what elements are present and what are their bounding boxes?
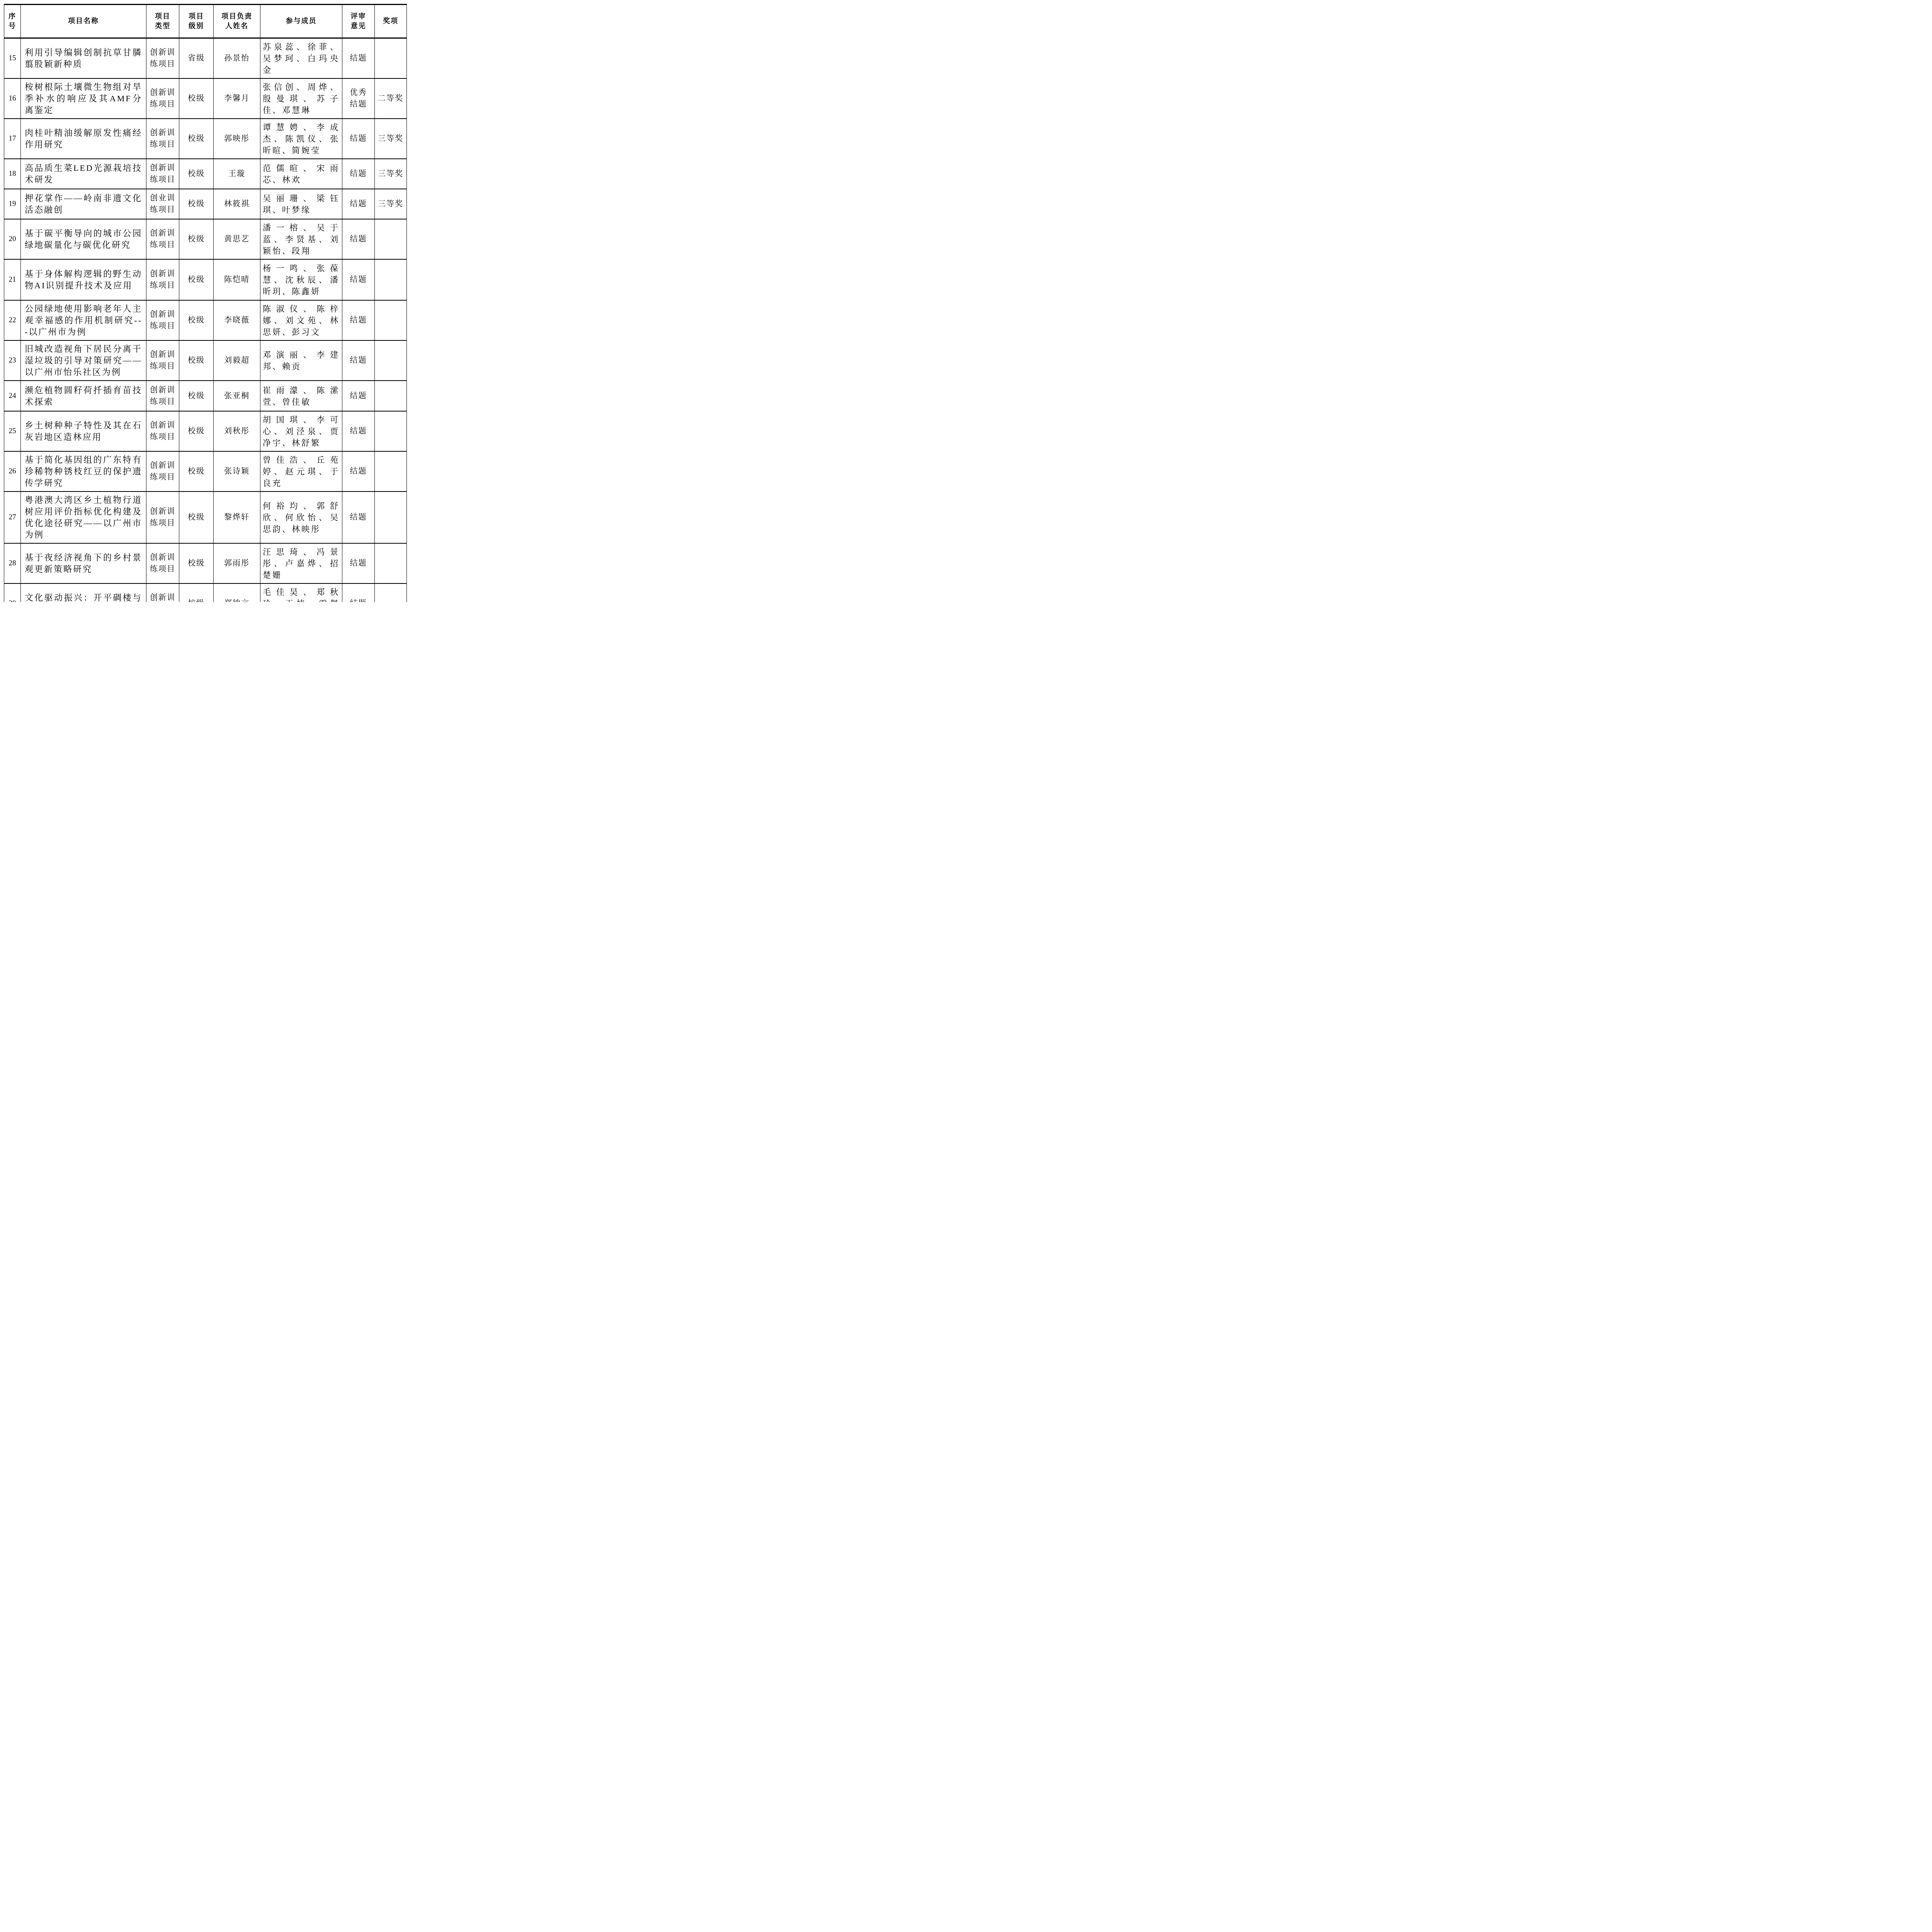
col-header-award: 奖项 <box>375 5 407 38</box>
table-row: 20 基于碳平衡导向的城市公园绿地碳量化与碳优化研究 创新训练项目 校级 黄思艺… <box>4 219 407 259</box>
cell-members: 苏泉蕊、徐菲、吴梦珂、白玛央金 <box>260 38 342 79</box>
cell-members: 谭慧娉、李成杰、陈凯仪、张昕暄、简婉莹 <box>260 119 342 159</box>
table-row: 19 押花掌作——岭南非遗文化活态融创 创业训练项目 校级 林筱祺 吴丽珊、梁钰… <box>4 189 407 219</box>
cell-award <box>375 340 407 381</box>
cell-project-name: 基于碳平衡导向的城市公园绿地碳量化与碳优化研究 <box>21 219 146 259</box>
col-header-review: 评审 意见 <box>342 5 375 38</box>
cell-project-type: 创新训练项目 <box>146 340 179 381</box>
cell-award <box>375 38 407 79</box>
cell-members: 潘一榕、吴于蓝、李贤基、刘颖怡、段翔 <box>260 219 342 259</box>
cell-leader-name: 王璇 <box>214 159 260 189</box>
cell-award: 三等奖 <box>375 159 407 189</box>
col-header-leader-name: 项目负责 人姓名 <box>214 5 260 38</box>
cell-project-name: 旧城改造视角下居民分离干湿垃圾的引导对策研究——以广州市怡乐社区为例 <box>21 340 146 381</box>
cell-review: 结题 <box>342 159 375 189</box>
cell-review: 结题 <box>342 340 375 381</box>
cell-award <box>375 411 407 451</box>
col-header-members: 参与成员 <box>260 5 342 38</box>
cell-project-level: 校级 <box>179 219 214 259</box>
cell-leader-name: 黄思艺 <box>214 219 260 259</box>
cell-leader-name: 刘毅超 <box>214 340 260 381</box>
cell-project-level: 校级 <box>179 300 214 340</box>
cell-project-name: 粤港澳大湾区乡土植物行道树应用评价指标优化构建及优化途径研究——以广州市为例 <box>21 492 146 543</box>
cell-number: 22 <box>4 300 21 340</box>
cell-project-name: 肉桂叶精油缓解原发性痛经作用研究 <box>21 119 146 159</box>
cell-project-name: 基于身体解构逻辑的野生动物AI识别提升技术及应用 <box>21 259 146 300</box>
cell-review: 结题 <box>342 451 375 492</box>
cell-number: 29 <box>4 583 21 602</box>
table-row: 15 利用引导编辑创制抗草甘膦翦股颖新种质 创新训练项目 省级 孙景怡 苏泉蕊、… <box>4 38 407 79</box>
cell-award <box>375 259 407 300</box>
cell-award <box>375 583 407 602</box>
cell-number: 21 <box>4 259 21 300</box>
table-row: 28 基于夜经济视角下的乡村景观更新策略研究 创新训练项目 校级 郭雨彤 汪思琦… <box>4 543 407 583</box>
cell-project-level: 校级 <box>179 381 214 411</box>
projects-table: 序 号 项目名称 项目 类型 项目 级别 项目负责 人姓名 参与成员 评审 意见… <box>4 4 407 602</box>
cell-members: 胡国琪、李可心、刘泾泉、贾净宇、林舒繁 <box>260 411 342 451</box>
cell-project-level: 校级 <box>179 340 214 381</box>
cell-number: 25 <box>4 411 21 451</box>
table-row: 16 桉树根际土壤微生物组对旱季补水的响应及其AMF分离鉴定 创新训练项目 校级… <box>4 78 407 119</box>
table-row: 22 公园绿地使用影响老年人主观幸福感的作用机制研究---以广州市为例 创新训练… <box>4 300 407 340</box>
cell-review: 结题 <box>342 119 375 159</box>
table-row: 24 濒危植物圆籽荷扦插育苗技术探索 创新训练项目 校级 张亚桐 崔雨濛、陈潆萱… <box>4 381 407 411</box>
cell-number: 26 <box>4 451 21 492</box>
cell-award <box>375 451 407 492</box>
cell-review: 结题 <box>342 492 375 543</box>
cell-members: 陈淑仪、陈梓娜、刘文苑、林思妍、彭习文 <box>260 300 342 340</box>
cell-project-name: 押花掌作——岭南非遗文化活态融创 <box>21 189 146 219</box>
cell-project-type: 创新训练项目 <box>146 451 179 492</box>
table-row: 23 旧城改造视角下居民分离干湿垃圾的引导对策研究——以广州市怡乐社区为例 创新… <box>4 340 407 381</box>
cell-award <box>375 219 407 259</box>
cell-project-name: 文化驱动振兴：开平碉楼与村落遗产综合体构建研究 <box>21 583 146 602</box>
cell-number: 23 <box>4 340 21 381</box>
col-header-number: 序 号 <box>4 5 21 38</box>
cell-members: 邓演丽、李建邦、赖贡 <box>260 340 342 381</box>
cell-project-name: 基于夜经济视角下的乡村景观更新策略研究 <box>21 543 146 583</box>
cell-review: 结题 <box>342 219 375 259</box>
cell-project-level: 校级 <box>179 159 214 189</box>
cell-award <box>375 492 407 543</box>
cell-leader-name: 郑敏言 <box>214 583 260 602</box>
cell-award <box>375 300 407 340</box>
cell-project-level: 校级 <box>179 411 214 451</box>
cell-project-type: 创新训练项目 <box>146 492 179 543</box>
cell-project-type: 创新训练项目 <box>146 159 179 189</box>
cell-leader-name: 陈恺晴 <box>214 259 260 300</box>
cell-review: 优秀结题 <box>342 78 375 119</box>
cell-award <box>375 543 407 583</box>
cell-project-type: 创新训练项目 <box>146 78 179 119</box>
cell-project-type: 创新训练项目 <box>146 300 179 340</box>
cell-review: 结题 <box>342 543 375 583</box>
cell-project-level: 校级 <box>179 78 214 119</box>
cell-number: 24 <box>4 381 21 411</box>
cell-number: 19 <box>4 189 21 219</box>
cell-project-type: 创新训练项目 <box>146 38 179 79</box>
cell-review: 结题 <box>342 38 375 79</box>
cell-project-level: 校级 <box>179 492 214 543</box>
cell-leader-name: 林筱祺 <box>214 189 260 219</box>
cell-project-name: 公园绿地使用影响老年人主观幸福感的作用机制研究---以广州市为例 <box>21 300 146 340</box>
cell-members: 杨一鸣、张葆慧、沈秋辰、潘昕玥、陈鑫妍 <box>260 259 342 300</box>
cell-leader-name: 黎烨轩 <box>214 492 260 543</box>
cell-project-name: 濒危植物圆籽荷扦插育苗技术探索 <box>21 381 146 411</box>
table-row: 25 乡土树种种子特性及其在石灰岩地区造林应用 创新训练项目 校级 刘秋彤 胡国… <box>4 411 407 451</box>
cell-review: 结题 <box>342 381 375 411</box>
cell-project-name: 乡土树种种子特性及其在石灰岩地区造林应用 <box>21 411 146 451</box>
cell-project-name: 高品质生菜LED光源栽培技术研发 <box>21 159 146 189</box>
table-row: 18 高品质生菜LED光源栽培技术研发 创新训练项目 校级 王璇 范儒暄、宋雨芯… <box>4 159 407 189</box>
cell-project-name: 桉树根际土壤微生物组对旱季补水的响应及其AMF分离鉴定 <box>21 78 146 119</box>
cell-award <box>375 381 407 411</box>
col-header-project-level: 项目 级别 <box>179 5 214 38</box>
cell-review: 结题 <box>342 583 375 602</box>
cell-project-level: 校级 <box>179 189 214 219</box>
cell-award: 二等奖 <box>375 78 407 119</box>
cell-project-level: 校级 <box>179 583 214 602</box>
cell-leader-name: 刘秋彤 <box>214 411 260 451</box>
cell-project-type: 创新训练项目 <box>146 381 179 411</box>
cell-project-level: 校级 <box>179 119 214 159</box>
col-header-project-name: 项目名称 <box>21 5 146 38</box>
cell-number: 27 <box>4 492 21 543</box>
cell-review: 结题 <box>342 300 375 340</box>
cell-members: 吴丽珊、梁钰琪、叶梦缘 <box>260 189 342 219</box>
cell-number: 17 <box>4 119 21 159</box>
cell-number: 15 <box>4 38 21 79</box>
table-row: 17 肉桂叶精油缓解原发性痛经作用研究 创新训练项目 校级 郭映彤 谭慧娉、李成… <box>4 119 407 159</box>
cell-members: 张信创、周烨、殷曼琪、苏子佳、邓慧琳 <box>260 78 342 119</box>
cell-leader-name: 李馨月 <box>214 78 260 119</box>
cell-leader-name: 张亚桐 <box>214 381 260 411</box>
cell-leader-name: 郭雨彤 <box>214 543 260 583</box>
table-row: 27 粤港澳大湾区乡土植物行道树应用评价指标优化构建及优化途径研究——以广州市为… <box>4 492 407 543</box>
cell-members: 范儒暄、宋雨芯、林欢 <box>260 159 342 189</box>
table-row: 29 文化驱动振兴：开平碉楼与村落遗产综合体构建研究 创新训练项目 校级 郑敏言… <box>4 583 407 602</box>
cell-project-level: 校级 <box>179 543 214 583</box>
cell-review: 结题 <box>342 189 375 219</box>
cell-award: 三等奖 <box>375 189 407 219</box>
cell-members: 毛佳昊、郑秋玲、王楠、雷佩瑜 <box>260 583 342 602</box>
cell-members: 曾佳浩、丘苑婷、赵元琪、于良充 <box>260 451 342 492</box>
cell-project-type: 创新训练项目 <box>146 259 179 300</box>
document-page: 序 号 项目名称 项目 类型 项目 级别 项目负责 人姓名 参与成员 评审 意见… <box>0 0 408 602</box>
cell-leader-name: 李晓薇 <box>214 300 260 340</box>
cell-project-level: 省级 <box>179 38 214 79</box>
header-row: 序 号 项目名称 项目 类型 项目 级别 项目负责 人姓名 参与成员 评审 意见… <box>4 5 407 38</box>
cell-number: 28 <box>4 543 21 583</box>
cell-award: 三等奖 <box>375 119 407 159</box>
cell-project-type: 创新训练项目 <box>146 583 179 602</box>
cell-project-level: 校级 <box>179 451 214 492</box>
table-header: 序 号 项目名称 项目 类型 项目 级别 项目负责 人姓名 参与成员 评审 意见… <box>4 5 407 38</box>
cell-members: 崔雨濛、陈潆萱、曾佳敏 <box>260 381 342 411</box>
cell-leader-name: 张诗颖 <box>214 451 260 492</box>
cell-project-level: 校级 <box>179 259 214 300</box>
col-header-project-type: 项目 类型 <box>146 5 179 38</box>
cell-members: 何裕均、郭舒欣、何欣怡、吴思韵、林映彤 <box>260 492 342 543</box>
table-row: 26 基于简化基因组的广东特有珍稀物种锈枝红豆的保护遗传学研究 创新训练项目 校… <box>4 451 407 492</box>
table-body: 15 利用引导编辑创制抗草甘膦翦股颖新种质 创新训练项目 省级 孙景怡 苏泉蕊、… <box>4 38 407 602</box>
cell-project-name: 利用引导编辑创制抗草甘膦翦股颖新种质 <box>21 38 146 79</box>
cell-leader-name: 孙景怡 <box>214 38 260 79</box>
table-row: 21 基于身体解构逻辑的野生动物AI识别提升技术及应用 创新训练项目 校级 陈恺… <box>4 259 407 300</box>
cell-members: 汪思琦、冯景彤、卢嘉烨、招楚姗 <box>260 543 342 583</box>
cell-review: 结题 <box>342 411 375 451</box>
cell-review: 结题 <box>342 259 375 300</box>
cell-leader-name: 郭映彤 <box>214 119 260 159</box>
cell-project-type: 创新训练项目 <box>146 219 179 259</box>
cell-project-type: 创新训练项目 <box>146 543 179 583</box>
cell-project-type: 创新训练项目 <box>146 119 179 159</box>
cell-project-type: 创新训练项目 <box>146 411 179 451</box>
cell-project-name: 基于简化基因组的广东特有珍稀物种锈枝红豆的保护遗传学研究 <box>21 451 146 492</box>
cell-number: 16 <box>4 78 21 119</box>
cell-project-type: 创业训练项目 <box>146 189 179 219</box>
cell-number: 18 <box>4 159 21 189</box>
cell-number: 20 <box>4 219 21 259</box>
